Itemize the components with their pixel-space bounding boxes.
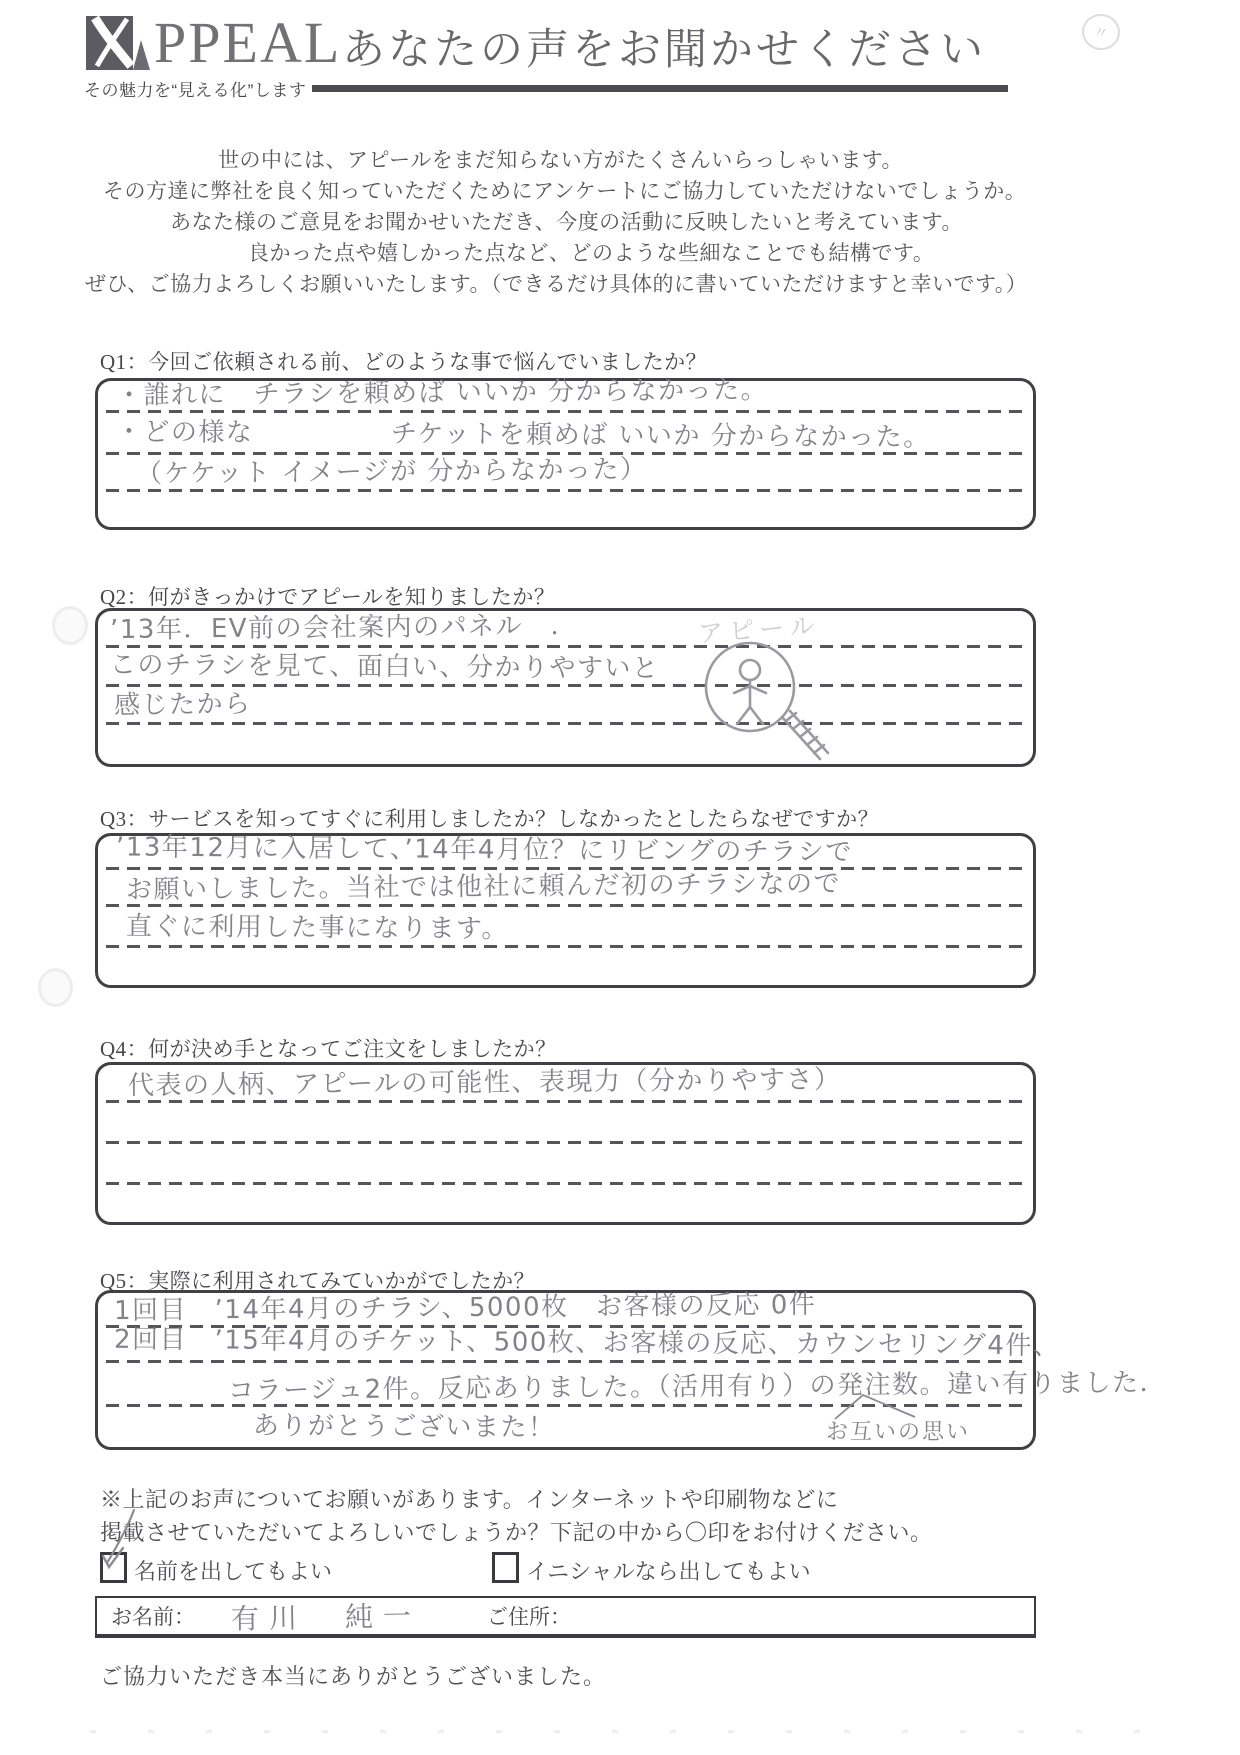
intro-line: あなた様のご意見をお聞かせいただき、今度の活動に反映したいと考えています。 (85, 207, 1155, 238)
handwritten-answer: ’13年．EV前の会社案内のパネル ． (110, 605, 578, 646)
handwritten-answer: ・誰れに チラシを頼めば いいか 分からなかった。 (116, 369, 768, 412)
q3-answer-box: ’13年12月に入居して、’14年4月位？にリビングのチラシで お願いしました。… (95, 833, 1036, 988)
logo-wordmark: PPEAL (154, 14, 341, 72)
pencil-corner-mark: 〃 (1080, 12, 1123, 53)
magnifier-stick-figure-doodle-icon (698, 637, 863, 765)
handwritten-answer: コラージュ2件。反応ありました。（活用有り）の発注数。違い有りました． (228, 1362, 1167, 1407)
consent-note-line: 掲載させていただいてよろしいでしょうか？下記の中から〇印をお付けください。 (100, 1516, 933, 1549)
punch-hole (38, 968, 73, 1007)
handwritten-answer: 直ぐに利用した事になります。 (126, 906, 509, 946)
logo-tagline: その魅力を“見える化”します (84, 76, 306, 101)
handwritten-answer: このチラシを見て、面白い、分かりやすいと (110, 644, 660, 685)
appeal-logo: PPEAL (86, 14, 341, 76)
q1-answer-box: ・誰れに チラシを頼めば いいか 分からなかった。 ・どの様な チケットを頼めば… (95, 378, 1036, 530)
handwritten-answer: ありがとうございまた！ (253, 1405, 556, 1444)
handwritten-answer: ・どの様な チケットを頼めば いいか 分からなかった。 (116, 411, 931, 454)
handwritten-answer: （ケケット イメージが 分からなかった） (136, 449, 648, 490)
name-field-label: お名前： (111, 1601, 195, 1631)
q2-answer-box: ’13年．EV前の会社案内のパネル ． アピール このチラシを見て、面白い、分か… (95, 608, 1036, 767)
intro-line: ぜひ、ご協力よろしくお願いいたします。（できるだけ具体的に書いていただけますと幸… (85, 269, 1155, 300)
handwritten-answer: 代表の人柄、アピールの可能性、表現力（分かりやすさ） (128, 1059, 842, 1102)
intro-paragraph: 世の中には、アピールをまだ知らない方がたくさんいらっしゃいます。 その方達に弊社… (85, 145, 1155, 300)
consent-note: ※上記のお声についてお願いがあります。インターネットや印刷物などに 掲載させてい… (100, 1483, 933, 1549)
name-ok-label: 名前を出してもよい (134, 1555, 332, 1586)
handwritten-answer: 2回目 ’15年4月のチケット、500枚、お客様の反応、カウンセリング4件、 (114, 1319, 1061, 1363)
handwritten-answer: 感じたから (114, 683, 252, 721)
page-title: あなたの声をお聞かせください (342, 16, 986, 77)
address-field-label: ご住所： (487, 1601, 571, 1631)
survey-sheet: PPEAL その魅力を“見える化”します あなたの声をお聞かせください 〃 世の… (0, 0, 1240, 1755)
initial-ok-label: イニシャルなら出してもよい (526, 1555, 811, 1586)
q4-label: Q4：何が決め手となってご注文をしましたか？ (100, 1033, 557, 1063)
initial-ok-checkbox[interactable] (492, 1552, 519, 1583)
signature-row: お名前： 有川 純一 ご住所： (95, 1596, 1036, 1638)
appeal-brand-mark-icon (86, 14, 152, 76)
consent-note-line: ※上記のお声についてお願いがあります。インターネットや印刷物などに (100, 1483, 933, 1516)
handwritten-annotation: お互いの思い (826, 1415, 970, 1446)
intro-line: その方達に弊社を良く知っていただくためにアンケートにご協力していただけないでしょ… (85, 176, 1155, 207)
intro-line: 良かった点や嬉しかった点など、どのような些細なことでも結構です。 (85, 238, 1155, 269)
scan-artifact (90, 1730, 1150, 1733)
handwritten-answer: お願いしました。当社では他社に頼んだ初のチラシなので (126, 863, 841, 906)
handwritten-answer: ’13年12月に入居して、’14年4月位？にリビングのチラシで (116, 826, 853, 868)
name-field[interactable]: 有川 純一 (231, 1594, 422, 1637)
intro-line: 世の中には、アピールをまだ知らない方がたくさんいらっしゃいます。 (85, 145, 1155, 176)
q5-answer-box: 1回目 ’14年4月のチラシ、5000枚 お客様の反応 0件 2回目 ’15年4… (95, 1290, 1036, 1450)
title-underline-bar (312, 85, 1008, 92)
q4-answer-box: 代表の人柄、アピールの可能性、表現力（分かりやすさ） (95, 1062, 1036, 1225)
closing-thanks: ご協力いただき本当にありがとうございました。 (100, 1660, 606, 1691)
punch-hole (52, 606, 88, 645)
